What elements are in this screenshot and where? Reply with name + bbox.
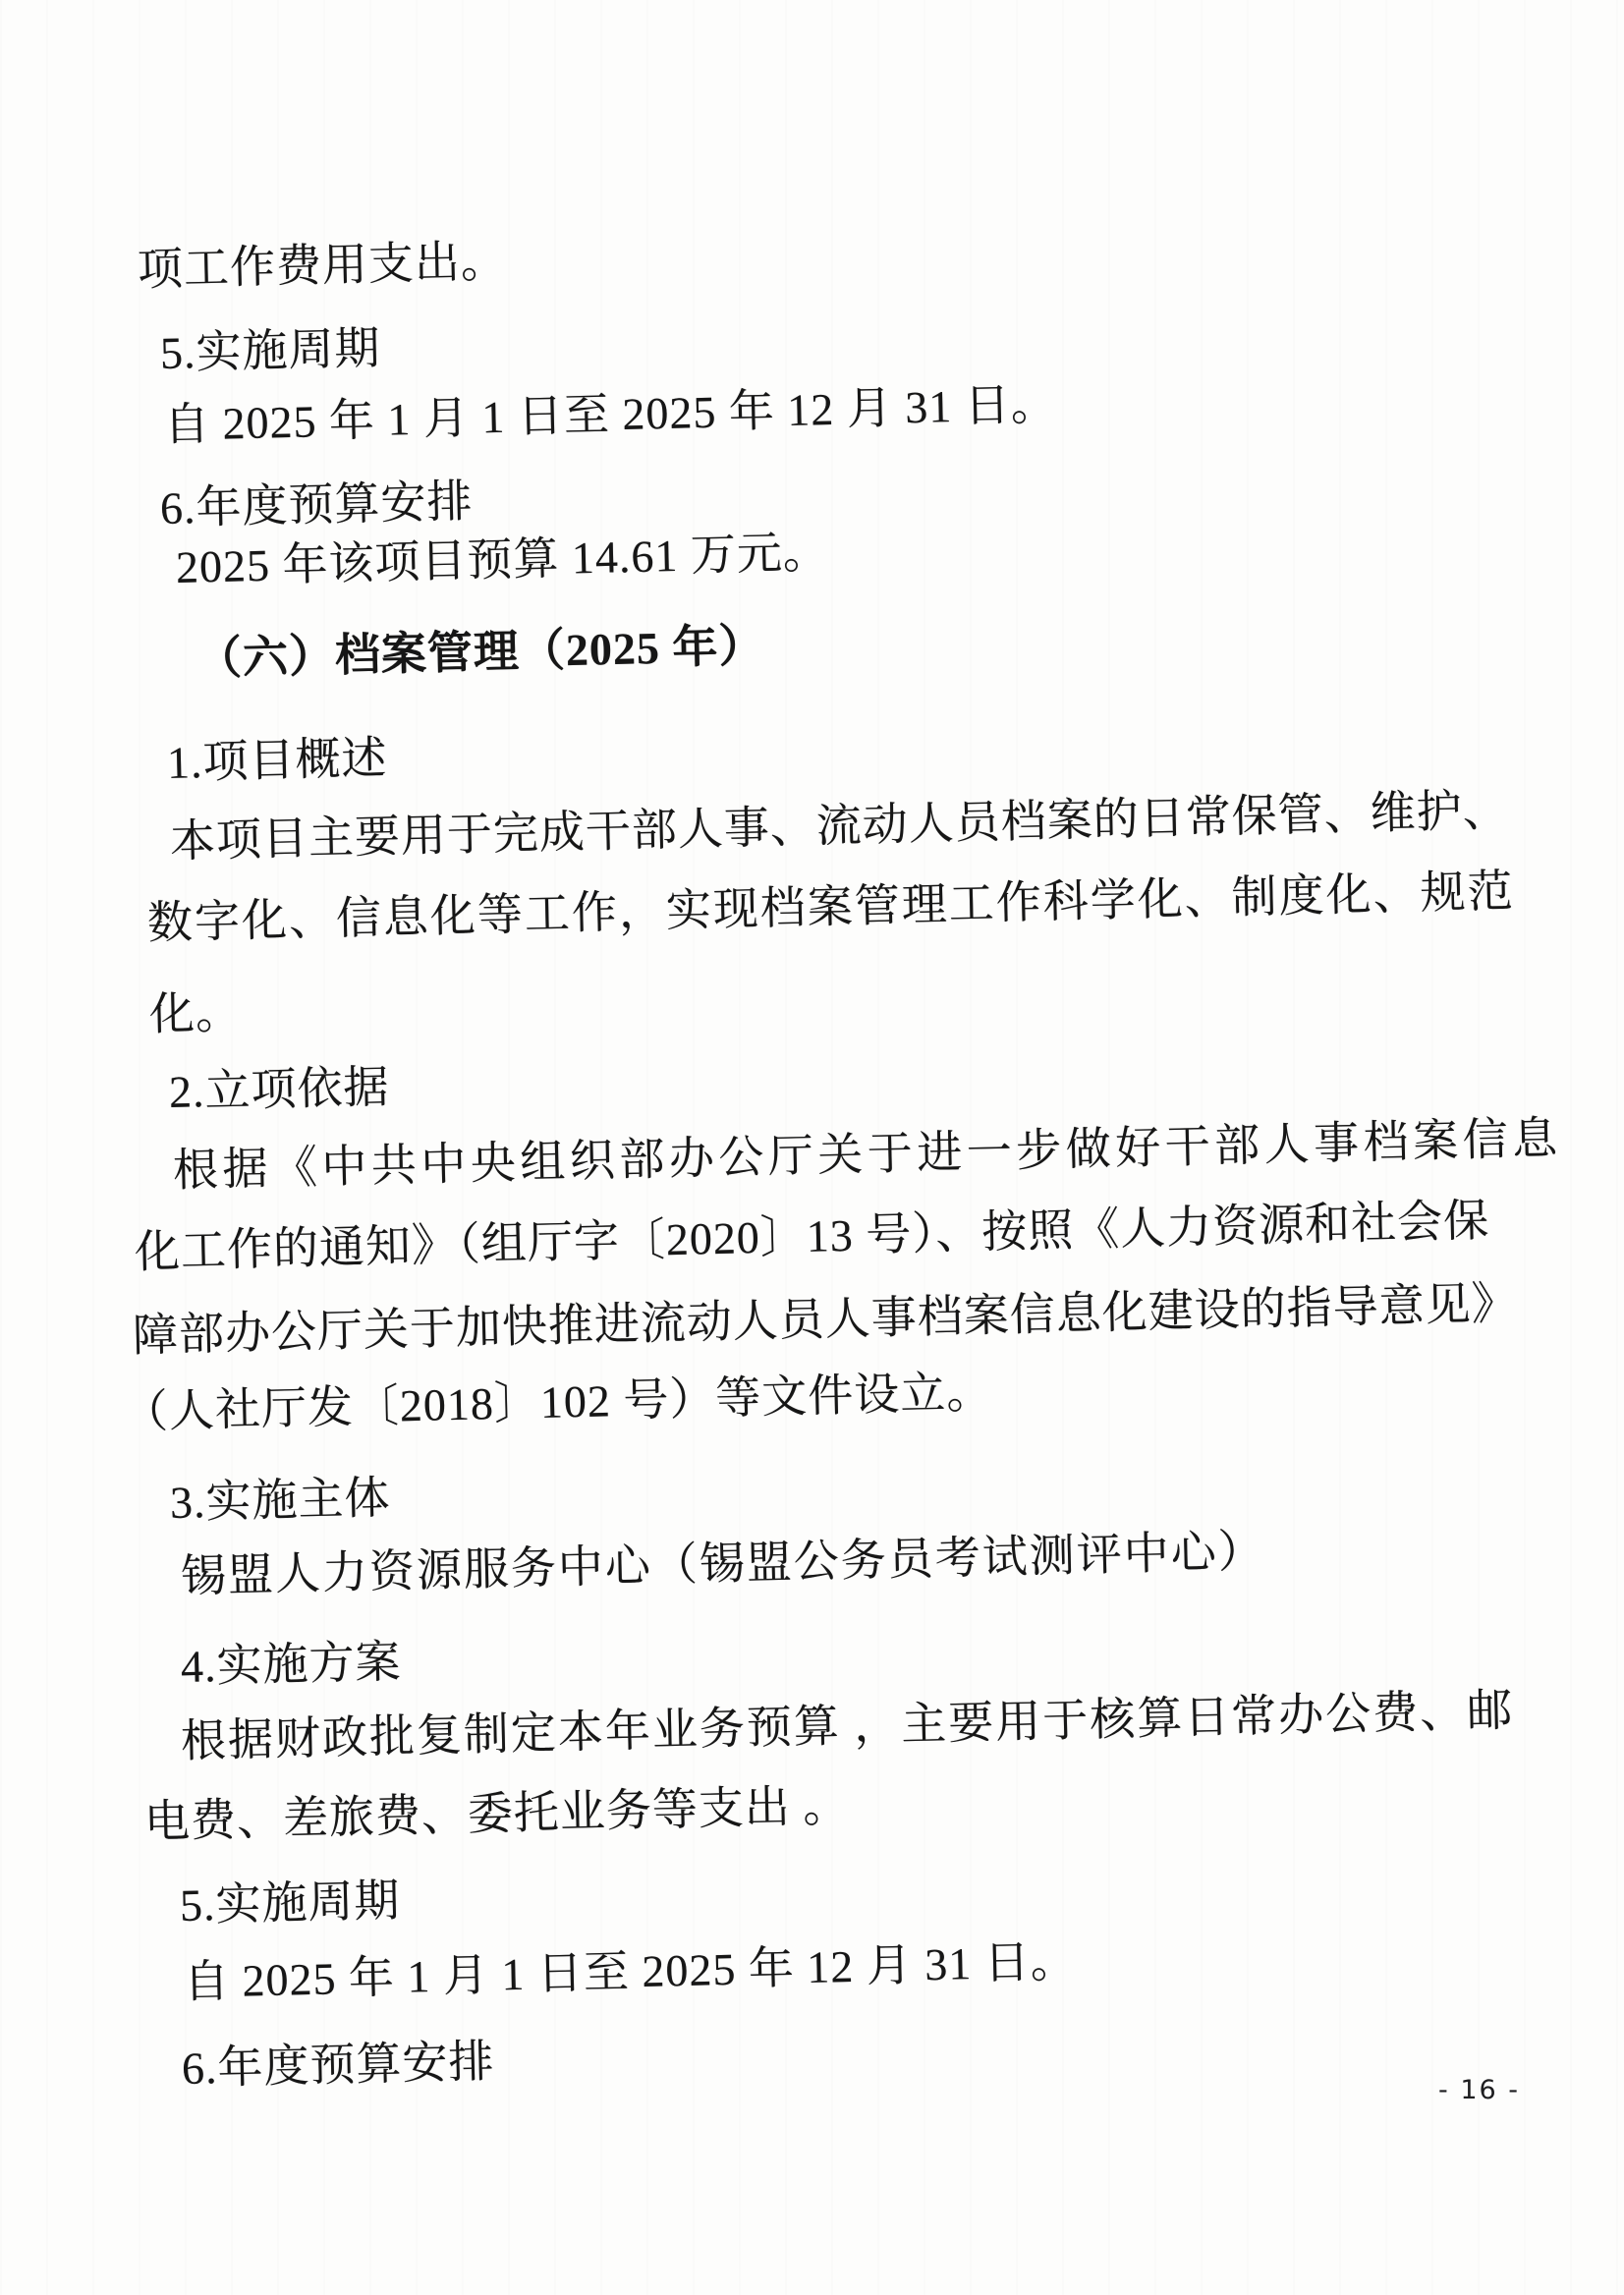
item1-project-overview-heading: 1.项目概述 bbox=[166, 729, 388, 793]
sec6-annual-budget-heading: 6.年度预算安排 bbox=[159, 473, 474, 538]
sec5-implementation-period-heading: 5.实施周期 bbox=[159, 319, 381, 383]
item5-period-text: 自 2025 年 1 月 1 日至 2025 年 12 月 31 日。 bbox=[183, 1932, 1077, 2012]
overview-para-line-3: 化。 bbox=[148, 983, 242, 1044]
item2-basis-heading: 2.立项依据 bbox=[168, 1058, 390, 1122]
implementer-text: 锡盟人力资源服务中心（锡盟公务员考试测评中心） bbox=[180, 1522, 1265, 1606]
plan-para-line-1: 根据财政批复制定本年业务预算 ，主要用于核算日常办公费、邮 bbox=[180, 1681, 1515, 1771]
carryover-expense-line: 项工作费用支出。 bbox=[137, 232, 507, 300]
plan-para-line-2: 电费、差旅费、委托业务等支出 。 bbox=[143, 1776, 850, 1852]
overview-para-line-2: 数字化、信息化等工作，实现档案管理工作科学化、制度化、规范 bbox=[146, 862, 1515, 953]
item4-plan-heading: 4.实施方案 bbox=[180, 1633, 402, 1697]
sec5-period-text: 自 2025 年 1 月 1 日至 2025 年 12 月 31 日。 bbox=[163, 375, 1057, 455]
basis-para-line-1: 根据《中共中央组织部办公厅关于进一步做好干部人事档案信息 bbox=[172, 1109, 1562, 1201]
basis-para-line-3: 障部办公厅关于加快推进流动人员人事档案信息化建设的指导意见》 bbox=[132, 1274, 1518, 1366]
page-number: - 16 - bbox=[1438, 2075, 1520, 2105]
section-six-archives-title: （六）档案管理（2025 年） bbox=[196, 616, 765, 689]
item5-period-heading: 5.实施周期 bbox=[179, 1872, 401, 1935]
basis-para-line-4: （人社厅发〔2018〕102 号）等文件设立。 bbox=[122, 1363, 993, 1442]
document-page: 项工作费用支出。 5.实施周期 自 2025 年 1 月 1 日至 2025 年… bbox=[0, 0, 1624, 2295]
basis-para-line-2: 化工作的通知》（组厅字〔2020〕13 号）、按照《人力资源和社会保 bbox=[134, 1192, 1490, 1282]
item6-budget-heading: 6.年度预算安排 bbox=[181, 2033, 495, 2099]
item3-implementer-heading: 3.实施主体 bbox=[169, 1469, 391, 1533]
overview-para-line-1: 本项目主要用于完成干部人事、流动人员档案的日常保管、维护、 bbox=[169, 781, 1509, 871]
